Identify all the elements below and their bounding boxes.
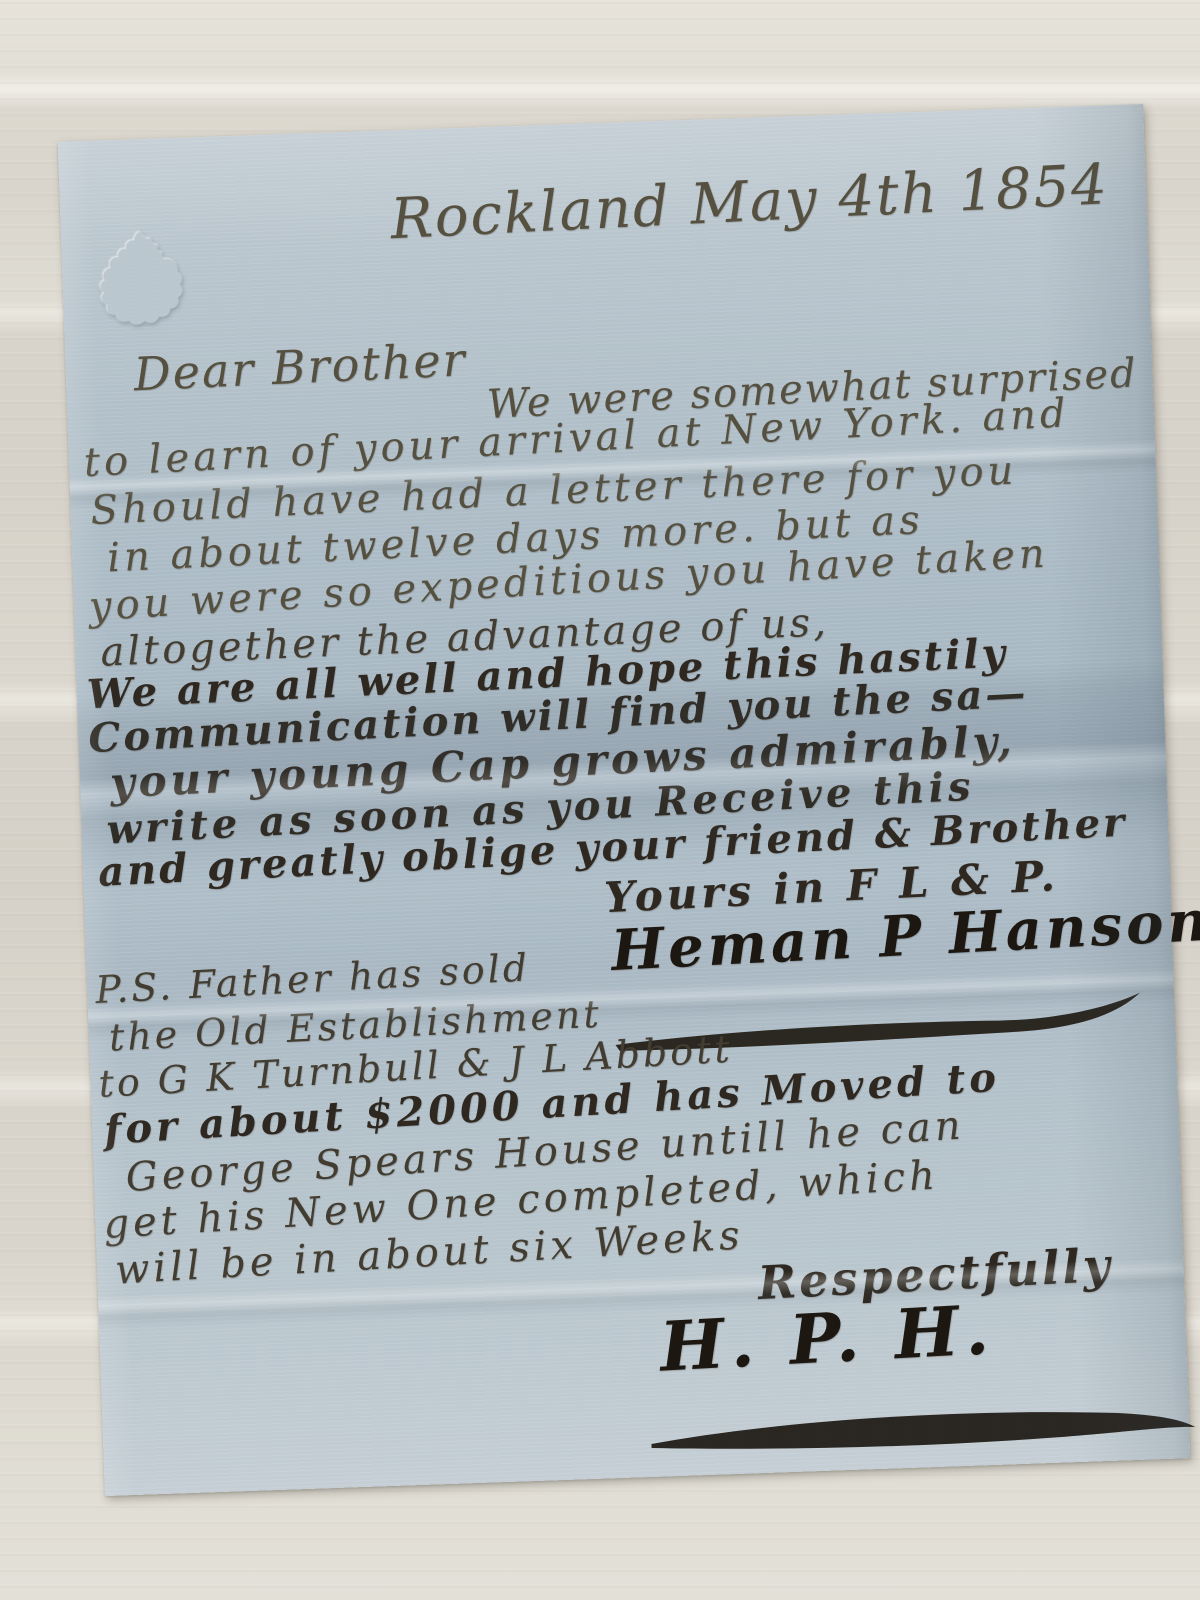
photo-background: Rockland May 4th 1854 Dear Brother We we… — [0, 0, 1200, 1600]
letter-paper: Rockland May 4th 1854 Dear Brother We we… — [58, 104, 1191, 1496]
salutation: Dear Brother — [133, 336, 468, 397]
initials-signature: H. P. H. — [658, 1296, 996, 1381]
dateline: Rockland May 4th 1854 — [389, 157, 1110, 248]
initials-flourish-icon — [642, 1391, 1200, 1467]
embossed-seal-icon — [94, 225, 190, 332]
